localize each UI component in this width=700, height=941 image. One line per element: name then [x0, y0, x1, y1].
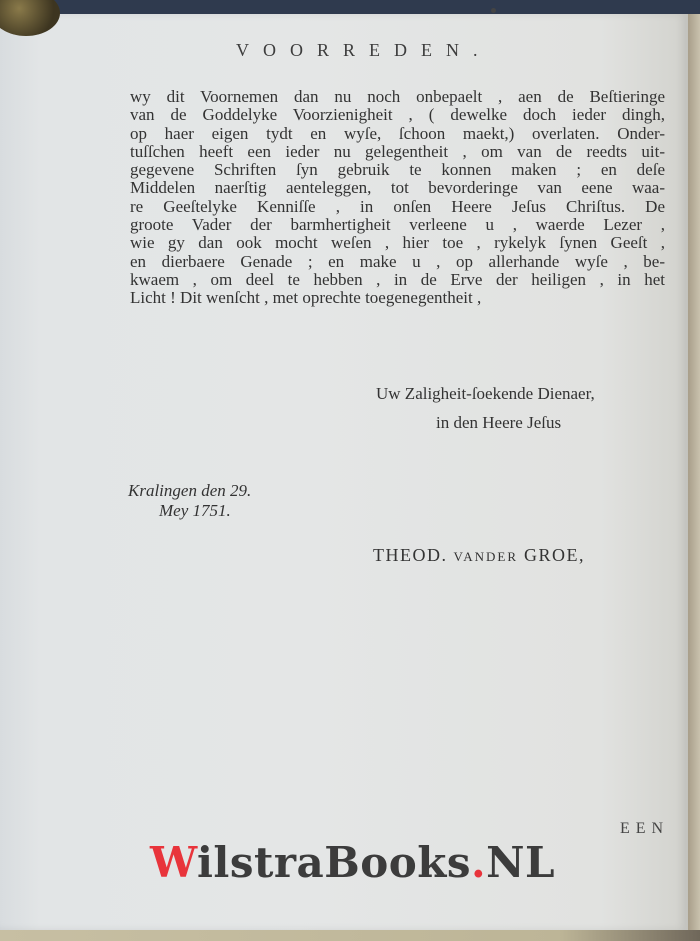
body-line: kwaem , om deel te hebben , in de Erve d…: [130, 271, 665, 289]
author-signature: THEOD. VANDER GROE,: [373, 545, 585, 566]
author-first: THEOD.: [373, 545, 448, 565]
watermark-suffix: NL: [486, 838, 555, 887]
body-line: re Geeſtelyke Kenniſſe , in onſen Heere …: [130, 198, 665, 216]
page-edge: [688, 14, 700, 930]
catchword: EEN: [620, 820, 669, 838]
watermark-dot: .: [471, 838, 486, 887]
watermark-logo: WilstraBooks.NL: [150, 838, 555, 887]
closing-salutation: Uw Zaligheit-ſoekende Dienaer,: [376, 384, 595, 404]
body-line: tuſſchen heeft een ieder nu gelegentheit…: [130, 143, 665, 161]
body-line: wie gy dan ook mocht weſen , hier toe , …: [130, 234, 665, 252]
place-line: Kralingen den 29.: [128, 481, 251, 500]
body-line: Middelen naerſtig aenteleggen, tot bevor…: [130, 179, 665, 197]
preface-body: wy dit Voornemen dan nu noch onbepaelt ,…: [130, 88, 665, 308]
author-last: GROE,: [524, 545, 585, 565]
body-line: en dierbaere Genade ; en make u , op all…: [130, 253, 665, 271]
ink-dot: [491, 8, 496, 13]
date-line: Mey 1751.: [128, 501, 251, 521]
author-middle: VANDER: [454, 549, 519, 564]
body-line: van de Goddelyke Voorzienigheit , ( dewe…: [130, 106, 665, 124]
page-header: VOORREDEN.: [236, 40, 492, 61]
book-board-bottom: [0, 930, 700, 941]
body-line: groote Vader der barmhertigheit verleene…: [130, 216, 665, 234]
closing-salutation-2: in den Heere Jeſus: [436, 413, 561, 433]
watermark-w: W: [150, 838, 197, 887]
place-date: Kralingen den 29. Mey 1751.: [128, 481, 251, 521]
body-line: gegevene Schriften ſyn gebruik te konnen…: [130, 161, 665, 179]
body-line: wy dit Voornemen dan nu noch onbepaelt ,…: [130, 88, 665, 106]
body-line: Licht ! Dit wenſcht , met oprechte toege…: [130, 289, 665, 307]
watermark-name: ilstraBooks: [197, 838, 471, 887]
body-line: op haer eigen tydt en wyſe, ſchoon maekt…: [130, 125, 665, 143]
